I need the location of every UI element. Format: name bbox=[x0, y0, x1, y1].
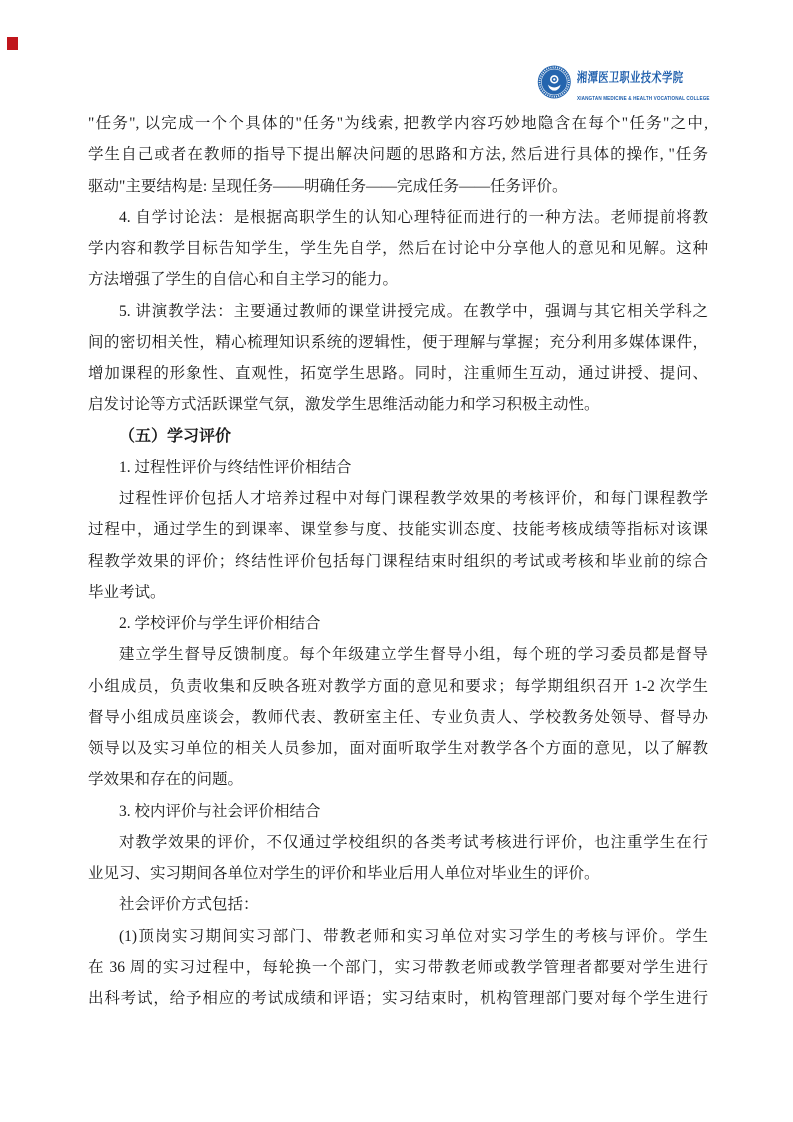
text-line: 5. 讲演教学法：主要通过教师的课堂讲授完成。在教学中，强调与其它相关学科之 bbox=[88, 296, 708, 327]
text-line: 社会评价方式包括： bbox=[88, 889, 708, 920]
paragraph: (1)顶岗实习期间实习部门、带教老师和实习单位对实习学生的考核与评价。学生在 3… bbox=[88, 921, 708, 1015]
text-line: 启发讨论等方式活跃课堂气氛，激发学生思维活动能力和学习积极主动性。 bbox=[88, 389, 708, 420]
text-line: 2. 学校评价与学生评价相结合 bbox=[88, 608, 708, 639]
college-name-block: 湘潭医卫职业技术学院 XIANGTAN MEDICINE & HEALTH VO… bbox=[577, 66, 793, 105]
text-line: 增加课程的形象性、直观性，拓宽学生思路。同时，注重师生互动，通过讲授、提问、 bbox=[88, 358, 708, 389]
paragraph: "任务", 以完成一个个具体的"任务"为线索, 把教学内容巧妙地隐含在每个"任务… bbox=[88, 108, 708, 202]
paragraph: 4. 自学讨论法：是根据高职学生的认知心理特征而进行的一种方法。老师提前将教学内… bbox=[88, 202, 708, 296]
text-line: （五）学习评价 bbox=[88, 421, 708, 452]
text-line: 3. 校内评价与社会评价相结合 bbox=[88, 796, 708, 827]
paragraph: 建立学生督导反馈制度。每个年级建立学生督导小组，每个班的学习委员都是督导小组成员… bbox=[88, 639, 708, 795]
college-name-zh: 湘潭医卫职业技术学院 bbox=[576, 66, 683, 86]
paragraph: 过程性评价包括人才培养过程中对每门课程教学效果的考核评价，和每门课程教学过程中，… bbox=[88, 483, 708, 608]
paragraph: 2. 学校评价与学生评价相结合 bbox=[88, 608, 708, 639]
college-seal-icon bbox=[537, 59, 572, 105]
text-line: 学内容和教学目标告知学生，学生先自学，然后在讨论中分享他人的意见和见解。这种 bbox=[88, 233, 708, 264]
college-name-en: XIANGTAN MEDICINE & HEALTH VOCATIONAL CO… bbox=[577, 96, 710, 102]
paragraph: 5. 讲演教学法：主要通过教师的课堂讲授完成。在教学中，强调与其它相关学科之间的… bbox=[88, 296, 708, 421]
text-line: 业见习、实习期间各单位对学生的评价和毕业后用人单位对毕业生的评价。 bbox=[88, 858, 708, 889]
text-line: "任务", 以完成一个个具体的"任务"为线索, 把教学内容巧妙地隐含在每个"任务… bbox=[88, 108, 708, 139]
text-line: 督导小组成员座谈会，教师代表、教研室主任、专业负责人、学校教务处领导、督导办 bbox=[88, 702, 708, 733]
text-line: 驱动"主要结构是: 呈现任务——明确任务——完成任务——任务评价。 bbox=[88, 171, 708, 202]
document-body: "任务", 以完成一个个具体的"任务"为线索, 把教学内容巧妙地隐含在每个"任务… bbox=[88, 108, 708, 1014]
paragraph: 3. 校内评价与社会评价相结合 bbox=[88, 796, 708, 827]
text-line: 4. 自学讨论法：是根据高职学生的认知心理特征而进行的一种方法。老师提前将教 bbox=[88, 202, 708, 233]
paragraph: 对教学效果的评价，不仅通过学校组织的各类考试考核进行评价，也注重学生在行业见习、… bbox=[88, 827, 708, 890]
text-line: 建立学生督导反馈制度。每个年级建立学生督导小组，每个班的学习委员都是督导 bbox=[88, 639, 708, 670]
text-line: (1)顶岗实习期间实习部门、带教老师和实习单位对实习学生的考核与评价。学生 bbox=[88, 921, 708, 952]
red-corner-mark bbox=[7, 37, 18, 50]
document-page: 湘潭医卫职业技术学院 XIANGTAN MEDICINE & HEALTH VO… bbox=[0, 0, 793, 1122]
text-line: 方法增强了学生的自信心和自主学习的能力。 bbox=[88, 264, 708, 295]
text-line: 出科考试，给予相应的考试成绩和评语；实习结束时，机构管理部门要对每个学生进行 bbox=[88, 983, 708, 1014]
text-line: 过程中，通过学生的到课率、课堂参与度、技能实训态度、技能考核成绩等指标对该课 bbox=[88, 514, 708, 545]
text-line: 学效果和存在的问题。 bbox=[88, 764, 708, 795]
text-line: 学生自己或者在教师的指导下提出解决问题的思路和方法, 然后进行具体的操作, "任… bbox=[88, 139, 708, 170]
text-line: 间的密切相关性，精心梳理知识系统的逻辑性，便于理解与掌握；充分利用多媒体课件， bbox=[88, 327, 708, 358]
text-line: 程教学效果的评价；终结性评价包括每门课程结束时组织的考试或考核和毕业前的综合 bbox=[88, 546, 708, 577]
section-heading: （五）学习评价 bbox=[88, 421, 708, 452]
text-line: 毕业考试。 bbox=[88, 577, 708, 608]
text-line: 在 36 周的实习过程中，每轮换一个部门，实习带教老师或教学管理者都要对学生进行 bbox=[88, 952, 708, 983]
text-line: 过程性评价包括人才培养过程中对每门课程教学效果的考核评价，和每门课程教学 bbox=[88, 483, 708, 514]
text-line: 对教学效果的评价，不仅通过学校组织的各类考试考核进行评价，也注重学生在行 bbox=[88, 827, 708, 858]
text-line: 领导以及实习单位的相关人员参加，面对面听取学生对教学各个方面的意见，以了解教 bbox=[88, 733, 708, 764]
paragraph: 1. 过程性评价与终结性评价相结合 bbox=[88, 452, 708, 483]
text-line: 1. 过程性评价与终结性评价相结合 bbox=[88, 452, 708, 483]
paragraph: 社会评价方式包括： bbox=[88, 889, 708, 920]
college-logo: 湘潭医卫职业技术学院 XIANGTAN MEDICINE & HEALTH VO… bbox=[537, 59, 793, 105]
text-line: 小组成员，负责收集和反映各班对教学方面的意见和要求；每学期组织召开 1-2 次学… bbox=[88, 671, 708, 702]
